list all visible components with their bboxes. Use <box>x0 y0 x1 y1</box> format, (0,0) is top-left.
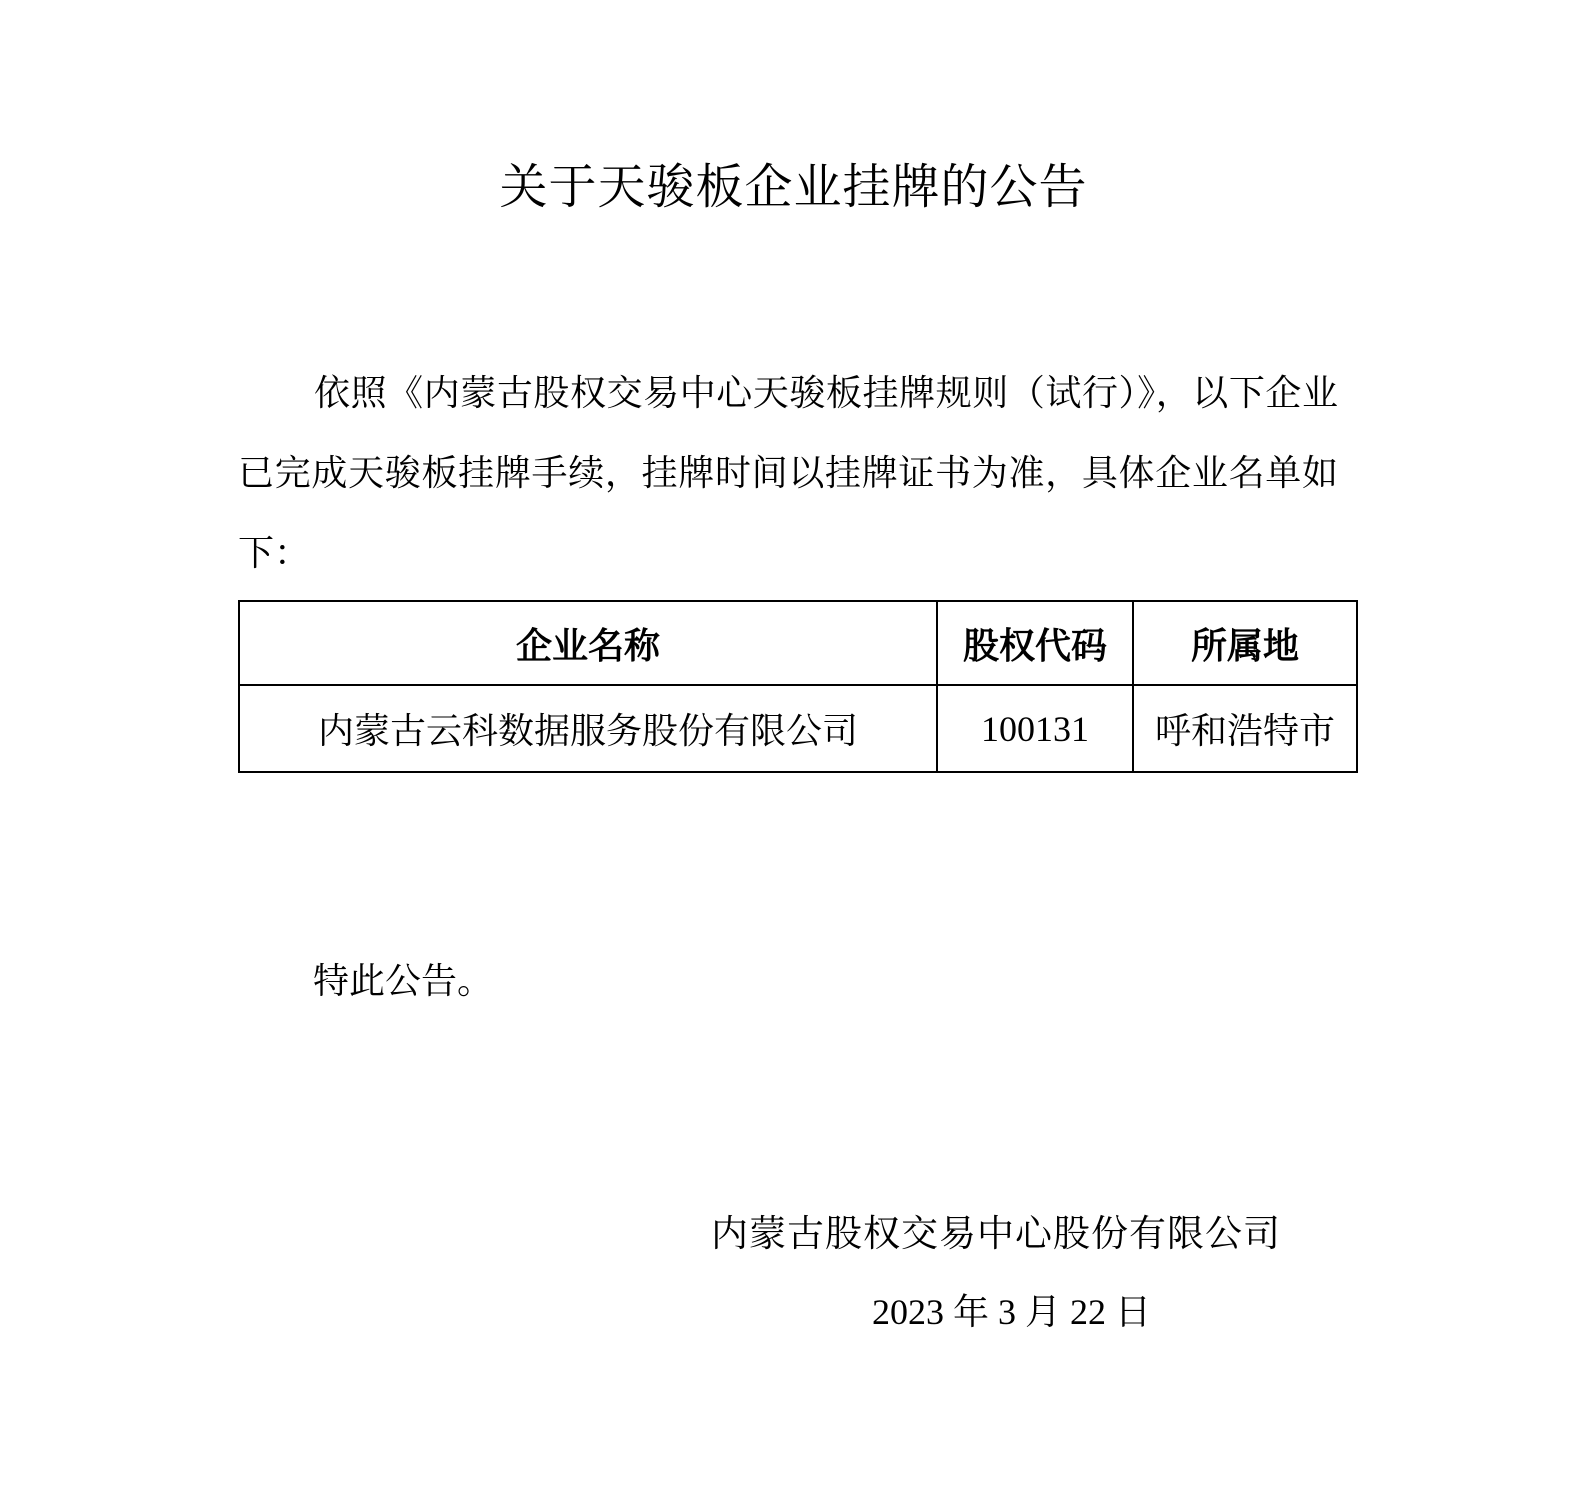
table-header-row: 企业名称 股权代码 所属地 <box>239 601 1357 685</box>
cell-equity-code: 100131 <box>937 685 1133 772</box>
column-header-equity-code: 股权代码 <box>937 601 1133 685</box>
cell-company-name: 内蒙古云科数据服务股份有限公司 <box>239 685 937 772</box>
cell-region: 呼和浩特市 <box>1133 685 1357 772</box>
paragraph-line: 下： <box>238 513 1338 593</box>
table-row: 内蒙古云科数据服务股份有限公司 100131 呼和浩特市 <box>239 685 1357 772</box>
announcement-document: 关于天骏板企业挂牌的公告 依照《内蒙古股权交易中心天骏板挂牌规则（试行）》，以下… <box>0 0 1587 1490</box>
column-header-company-name: 企业名称 <box>239 601 937 685</box>
document-date: 2023 年 3 月 22 日 <box>872 1290 1151 1334</box>
closing-statement: 特此公告。 <box>313 958 493 1004</box>
document-title: 关于天骏板企业挂牌的公告 <box>0 156 1587 220</box>
issuer-signature: 内蒙古股权交易中心股份有限公司 <box>711 1212 1281 1258</box>
paragraph-line: 依照《内蒙古股权交易中心天骏板挂牌规则（试行）》，以下企业 <box>238 353 1338 433</box>
paragraph-line: 已完成天骏板挂牌手续，挂牌时间以挂牌证书为准，具体企业名单如 <box>238 433 1338 513</box>
company-listing-table: 企业名称 股权代码 所属地 内蒙古云科数据服务股份有限公司 100131 呼和浩… <box>238 600 1358 773</box>
column-header-region: 所属地 <box>1133 601 1357 685</box>
body-paragraph: 依照《内蒙古股权交易中心天骏板挂牌规则（试行）》，以下企业 已完成天骏板挂牌手续… <box>238 353 1338 593</box>
